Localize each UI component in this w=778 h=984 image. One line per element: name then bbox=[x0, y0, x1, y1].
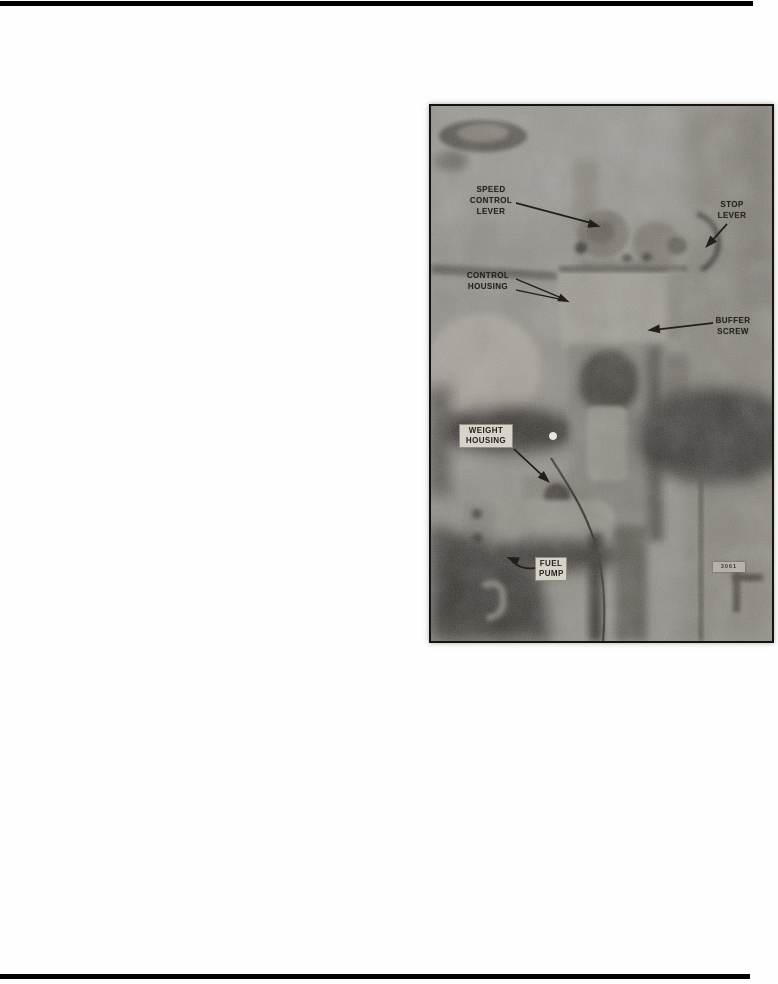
callout-line: STOP bbox=[708, 199, 756, 210]
callout-line: BUFFER bbox=[710, 315, 756, 326]
callout-fuel-pump: FUEL PUMP bbox=[535, 557, 567, 581]
manual-page: SPEED CONTROL LEVER STOP LEVER CONTROL H… bbox=[0, 0, 778, 984]
callout-stop-lever: STOP LEVER bbox=[708, 199, 756, 221]
callout-line: FUEL bbox=[539, 559, 563, 569]
callout-line: CONTROL bbox=[459, 195, 523, 206]
callout-weight-housing: WEIGHT HOUSING bbox=[459, 424, 513, 448]
callout-control-housing: CONTROL HOUSING bbox=[458, 270, 518, 292]
top-rule bbox=[0, 1, 753, 6]
callout-line: HOUSING bbox=[458, 281, 518, 292]
callout-line: SPEED bbox=[459, 184, 523, 195]
callout-line: PUMP bbox=[539, 569, 563, 579]
photo-number-label: 3061 bbox=[713, 562, 745, 572]
callout-line: LEVER bbox=[459, 206, 523, 217]
callout-line: LEVER bbox=[708, 210, 756, 221]
callout-line: WEIGHT bbox=[463, 426, 509, 436]
callout-line: CONTROL bbox=[458, 270, 518, 281]
callout-line: SCREW bbox=[710, 326, 756, 337]
callout-speed-control-lever: SPEED CONTROL LEVER bbox=[459, 184, 523, 217]
bottom-rule bbox=[0, 974, 750, 979]
callout-buffer-screw: BUFFER SCREW bbox=[710, 315, 756, 337]
callout-line: HOUSING bbox=[463, 436, 509, 446]
